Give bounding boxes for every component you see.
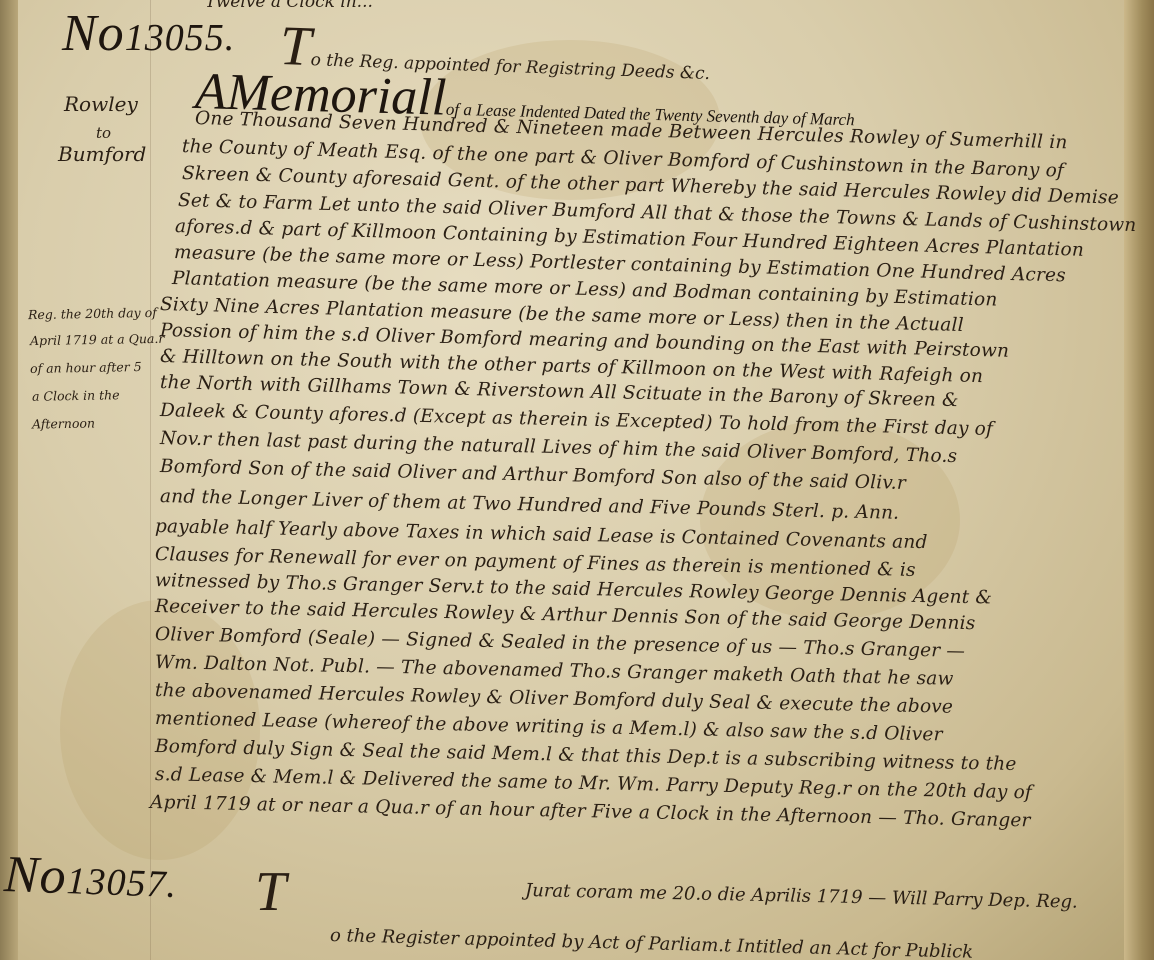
book-gutter-right xyxy=(1124,0,1154,960)
number-prefix: No xyxy=(62,5,125,62)
margin-registration-line: Afternoon xyxy=(32,415,95,431)
margin-registration-line: April 1719 at a Qua.r xyxy=(30,331,165,348)
margin-grantee: Bumford xyxy=(58,142,146,166)
number-value: 13057. xyxy=(66,860,178,906)
entry-addressee: o the Register appointed by Act of Parli… xyxy=(330,925,974,960)
margin-registration-line: Reg. the 20th day of xyxy=(28,305,157,322)
margin-registration-line: of an hour after 5 xyxy=(30,359,142,376)
entry-number-13057: No13057. xyxy=(3,845,178,910)
entry-number-13055: No13055. xyxy=(62,4,235,63)
number-value: 13055. xyxy=(125,17,236,59)
margin-grantor: Rowley xyxy=(64,92,138,116)
addressee-initial: T xyxy=(255,861,286,923)
entry-addressee-initial: T xyxy=(255,860,286,924)
margin-registration-line: a Clock in the xyxy=(32,387,120,404)
number-prefix: No xyxy=(3,846,68,905)
manuscript-page: Twelve a Clock in... No13055. To the Reg… xyxy=(0,0,1154,960)
margin-connector: to xyxy=(96,124,111,142)
jurat-line: Jurat coram me 20.o die Aprilis 1719 — W… xyxy=(525,880,1078,913)
book-edge-left xyxy=(0,0,18,960)
